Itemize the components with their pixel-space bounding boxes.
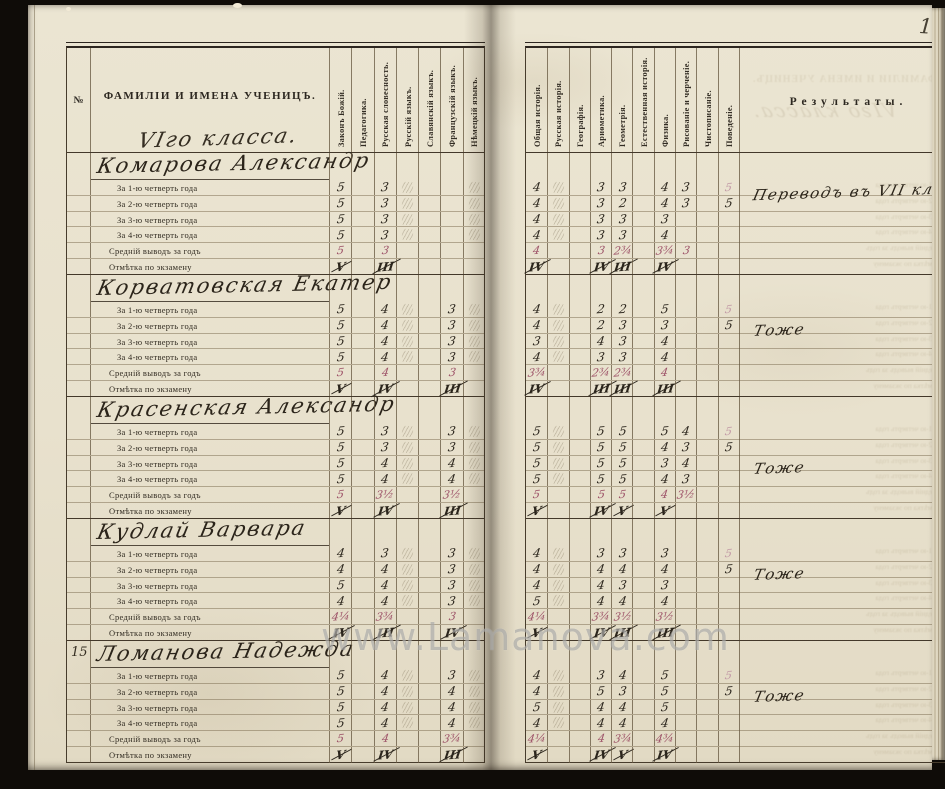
- number-cell: [67, 503, 91, 519]
- grade-cell: 3: [611, 349, 632, 364]
- grade-cell: 4: [374, 456, 396, 471]
- grade-row: За 1-ю четверть года433: [67, 546, 484, 562]
- number-cell: [67, 471, 91, 486]
- grade-cell: 3: [590, 668, 611, 683]
- grade-row: Средній выводъ за годъ543: [67, 365, 484, 381]
- grade-value: 5: [724, 181, 733, 195]
- subject-column-header: Русская словесность.: [374, 48, 396, 152]
- grade-value: 3: [380, 212, 389, 227]
- grade-cell: [463, 700, 485, 715]
- page-stack-edge: [932, 8, 945, 760]
- grade-value: 4: [532, 244, 541, 258]
- grade-cell: [718, 625, 739, 641]
- grade-cell: [463, 153, 485, 180]
- grade-value: 5: [660, 700, 669, 715]
- number-cell: [67, 259, 91, 275]
- grade-cell: [675, 334, 696, 349]
- grade-cell: 4: [329, 593, 351, 608]
- grade-cell: 3: [590, 212, 611, 227]
- subject-label: Геометрія.: [618, 105, 627, 147]
- grade-cell: [696, 503, 717, 519]
- grade-cell: 2¾: [611, 243, 632, 258]
- grade-cell: [547, 196, 568, 211]
- ink-bleed-mark: [402, 548, 414, 560]
- grade-cell: [696, 212, 717, 227]
- grade-cell: [396, 562, 418, 577]
- grade-value: 3: [447, 302, 456, 317]
- bleed-line: Средній выводъ за годъ: [866, 243, 941, 259]
- grade-cell: 4: [590, 700, 611, 715]
- grade-value: 4: [618, 700, 627, 715]
- grade-value: 5: [336, 440, 345, 455]
- grade-cell: 4: [374, 318, 396, 333]
- grade-value: 3½: [442, 487, 462, 501]
- grade-cell: 5: [329, 212, 351, 227]
- grade-value: III: [443, 503, 462, 518]
- grade-cell: [696, 365, 717, 380]
- grade-value: 3: [618, 228, 627, 243]
- grade-cell: [696, 456, 717, 471]
- grade-value: 4: [380, 350, 389, 365]
- grade-cell: [396, 275, 418, 302]
- grade-cell: 3: [440, 609, 462, 624]
- grade-value: 5: [336, 732, 345, 746]
- grade-cell: 4: [526, 562, 547, 577]
- left-page-table: №ФАМИЛІИ И ИМЕНА УЧЕНИЦЪ.VIго класса.Зак…: [66, 46, 485, 763]
- grade-cell: 3: [374, 424, 396, 439]
- grade-cell: [696, 747, 717, 763]
- grade-cell: [696, 440, 717, 455]
- grade-row: За 4-ю четверть года543: [67, 349, 484, 365]
- grade-cell: [396, 578, 418, 593]
- grade-value: III: [443, 747, 462, 762]
- grade-cell: [718, 487, 739, 502]
- grade-cell: 5: [718, 546, 739, 561]
- grade-cell: [418, 212, 440, 227]
- student-block: 4345545355544544444¼43¾4¾VIVVIVТожеЗа 1-…: [526, 640, 945, 762]
- grade-cell: [675, 365, 696, 380]
- grade-cell: [632, 397, 653, 424]
- grade-value: 5: [336, 302, 345, 317]
- grade-cell: [396, 440, 418, 455]
- grade-cell: 2: [590, 302, 611, 317]
- grade-cell: [547, 243, 568, 258]
- grade-cell: 3: [611, 318, 632, 333]
- grade-value: 4: [660, 472, 669, 487]
- grade-cell: [547, 684, 568, 699]
- grade-cell: 3: [611, 180, 632, 195]
- grade-value: 4: [660, 562, 669, 577]
- grade-value: 3: [596, 546, 605, 561]
- grade-cell: [418, 334, 440, 349]
- grade-cell: [718, 381, 739, 397]
- grade-cell: [547, 259, 568, 275]
- grade-row: Средній выводъ за годъ543¾: [67, 731, 484, 747]
- grade-cell: 3½: [440, 487, 462, 502]
- grade-cell: 5: [718, 302, 739, 317]
- grade-cell: [396, 731, 418, 746]
- grade-value: 3: [660, 578, 669, 593]
- grade-cell: [569, 349, 590, 364]
- grade-cell: [396, 153, 418, 180]
- grade-cell: [418, 259, 440, 275]
- number-cell: [67, 546, 91, 561]
- grade-cell: [696, 487, 717, 502]
- grade-cell: [696, 471, 717, 486]
- grade-value: 5: [618, 424, 627, 439]
- grade-cell: [440, 641, 462, 668]
- student-number: [67, 153, 91, 180]
- grade-value: 4: [596, 700, 605, 715]
- grade-value: 5: [336, 366, 345, 380]
- grade-cell: [351, 593, 373, 608]
- subject-label: Географія.: [576, 104, 585, 147]
- bleed-line: За 4-ю четверть года: [866, 715, 941, 731]
- grade-value: 4: [618, 562, 627, 577]
- grade-cell: 4: [654, 440, 675, 455]
- grade-cell: 5: [654, 684, 675, 699]
- grade-cell: [351, 456, 373, 471]
- ink-bleed-mark: [553, 441, 565, 453]
- grade-value: 3: [448, 610, 457, 624]
- grade-value: 5: [618, 440, 627, 455]
- number-column-header: №: [67, 48, 91, 152]
- grade-cell: 5: [718, 180, 739, 195]
- grade-cell: [696, 424, 717, 439]
- grade-cell: [418, 456, 440, 471]
- bleed-line: За 4-ю четверть года: [866, 349, 941, 365]
- grade-cell: [351, 487, 373, 502]
- subject-column-header: Поведеніе.: [718, 48, 739, 152]
- number-cell: [67, 593, 91, 608]
- grade-value: 4: [532, 578, 541, 593]
- grade-value: 3¾: [442, 731, 462, 745]
- grade-cell: 4¼: [329, 609, 351, 624]
- grade-value: 4¼: [527, 609, 547, 623]
- grade-cell: [569, 196, 590, 211]
- grade-cell: 5: [654, 302, 675, 317]
- grade-cell: [463, 684, 485, 699]
- grade-cell: 3: [675, 440, 696, 455]
- number-cell: [67, 731, 91, 746]
- grade-value: 3: [682, 244, 691, 258]
- grade-cell: 3: [440, 365, 462, 380]
- grade-cell: [675, 747, 696, 763]
- grade-cell: [351, 397, 373, 424]
- grade-cell: [396, 424, 418, 439]
- result-note: Тоже: [752, 458, 807, 478]
- grade-cell: 3: [590, 546, 611, 561]
- grade-cell: [654, 641, 675, 668]
- grade-cell: [696, 641, 717, 668]
- grade-value: 4: [532, 716, 541, 731]
- bleed-line: За 2-ю четверть года: [866, 440, 941, 456]
- grade-value: 3: [596, 196, 605, 211]
- subject-label: Ариѳметика.: [597, 95, 606, 147]
- grade-cell: [632, 625, 653, 641]
- grade-cell: [351, 440, 373, 455]
- grade-cell: [718, 578, 739, 593]
- grade-cell: [547, 424, 568, 439]
- grade-cell: III: [611, 381, 632, 397]
- grade-cell: [418, 684, 440, 699]
- ink-bleed-mark: [402, 441, 414, 453]
- grade-row: За 1-ю четверть года543: [67, 668, 484, 684]
- student-block: 4225542335343443343¾2¾2¾4IVIIIIIIIIIТоже…: [526, 274, 945, 396]
- grade-cell: V: [329, 747, 351, 763]
- grade-cell: 4: [329, 546, 351, 561]
- student-name-row: Комарова Александр: [67, 153, 484, 180]
- grade-cell: 5: [329, 471, 351, 486]
- grade-value: 2¾: [613, 365, 633, 379]
- ink-bleed-mark: [402, 717, 414, 729]
- grade-cell: 4: [526, 212, 547, 227]
- grade-value: 4: [660, 440, 669, 455]
- grade-cell: [418, 227, 440, 242]
- row-label: За 3-ю четверть года: [91, 456, 329, 471]
- row-label: За 2-ю четверть года: [91, 196, 329, 211]
- grade-cell: [351, 180, 373, 195]
- grade-cell: [418, 275, 440, 302]
- grade-cell: 4: [440, 700, 462, 715]
- grade-cell: [696, 334, 717, 349]
- grade-cell: 4: [526, 302, 547, 317]
- grade-value: 3: [380, 440, 389, 455]
- subject-column-header: Французскій языкъ.: [440, 48, 462, 152]
- grade-value: 5: [336, 228, 345, 243]
- grade-value: V: [335, 748, 346, 763]
- number-cell: [67, 381, 91, 397]
- grade-cell: 3¾: [526, 365, 547, 380]
- grade-value: 4: [660, 180, 669, 195]
- ink-bleed-mark: [402, 335, 414, 347]
- row-label: За 3-ю четверть года: [91, 212, 329, 227]
- subject-label: Законъ Божій.: [337, 89, 346, 147]
- grade-value: 5: [532, 472, 541, 487]
- grade-cell: [590, 153, 611, 180]
- grade-cell: 3: [611, 212, 632, 227]
- grade-value: 4: [596, 578, 605, 593]
- grade-cell: 5: [718, 684, 739, 699]
- student-number: [67, 397, 91, 424]
- grade-cell: 5: [329, 578, 351, 593]
- grade-cell: [547, 471, 568, 486]
- grade-value: 5: [724, 562, 733, 577]
- grade-value: 5: [336, 472, 345, 487]
- grade-row: За 3-ю четверть года543: [67, 578, 484, 594]
- student-block: Кудлай ВарвараЗа 1-ю четверть года433За …: [67, 518, 484, 640]
- grade-cell: [418, 625, 440, 641]
- grade-cell: [675, 625, 696, 641]
- number-cell: [67, 243, 91, 258]
- grade-cell: [547, 668, 568, 683]
- grade-cell: 5: [590, 456, 611, 471]
- grade-cell: 5: [329, 318, 351, 333]
- student-name-cell: Комарова Александр: [91, 153, 329, 180]
- grade-cell: [675, 302, 696, 317]
- grade-row: За 3-ю четверть года544: [67, 456, 484, 472]
- student-block: 43343543243543334334432¾3¾3IVIVIIIIVПере…: [526, 152, 945, 274]
- grade-cell: [696, 227, 717, 242]
- row-label: За 4-ю четверть года: [91, 715, 329, 730]
- grade-value: 5: [336, 212, 345, 227]
- grade-cell: [396, 715, 418, 730]
- grade-value: IV: [444, 625, 461, 640]
- grade-cell: [675, 578, 696, 593]
- grade-cell: [696, 593, 717, 608]
- grade-cell: [569, 641, 590, 668]
- grade-cell: [547, 334, 568, 349]
- grade-cell: 3: [654, 546, 675, 561]
- grade-value: 4: [381, 732, 390, 746]
- grade-cell: [418, 731, 440, 746]
- ink-bleed-mark: [553, 304, 565, 316]
- grade-value: V: [617, 504, 628, 519]
- student-number: 15: [67, 641, 91, 668]
- grade-cell: 4: [374, 365, 396, 380]
- grade-value: 5: [336, 668, 345, 683]
- grade-value: 3: [618, 546, 627, 561]
- grade-cell: 5: [718, 196, 739, 211]
- grade-cell: [463, 275, 485, 302]
- results-cell: ТожеЗа 1-ю четверть годаЗа 2-ю четверть …: [739, 641, 945, 762]
- grade-cell: V: [611, 747, 632, 763]
- grade-value: III: [443, 381, 462, 396]
- grade-value: 5: [336, 350, 345, 365]
- grade-cell: [547, 440, 568, 455]
- grade-cell: [463, 546, 485, 561]
- grade-cell: [569, 715, 590, 730]
- grade-cell: [654, 153, 675, 180]
- number-cell: [67, 227, 91, 242]
- ink-bleed-mark: [469, 229, 481, 241]
- grade-cell: [374, 153, 396, 180]
- grade-cell: [396, 302, 418, 317]
- grade-cell: [463, 593, 485, 608]
- grade-cell: [547, 212, 568, 227]
- grade-cell: IV: [590, 259, 611, 275]
- grade-cell: [351, 153, 373, 180]
- subject-label: Французскій языкъ.: [448, 65, 457, 147]
- grade-cell: [632, 440, 653, 455]
- grade-cell: [569, 487, 590, 502]
- grade-value: 4: [380, 716, 389, 731]
- grade-cell: IV: [440, 625, 462, 641]
- ink-bleed-mark: [469, 213, 481, 225]
- grade-cell: 3: [440, 440, 462, 455]
- grade-value: 4: [660, 716, 669, 731]
- ink-bleed-mark: [402, 319, 414, 331]
- grade-value: 5: [596, 440, 605, 455]
- grade-cell: 5: [329, 440, 351, 455]
- grade-cell: 4: [526, 243, 547, 258]
- grade-value: 3: [380, 196, 389, 211]
- grade-cell: [351, 747, 373, 763]
- grade-value: 4: [532, 212, 541, 227]
- grade-cell: [632, 593, 653, 608]
- grade-value: 5: [532, 488, 541, 502]
- grade-cell: [351, 196, 373, 211]
- ink-bleed-mark: [469, 457, 481, 469]
- grade-cell: [547, 487, 568, 502]
- row-label: За 2-ю четверть года: [91, 684, 329, 699]
- number-cell: [67, 440, 91, 455]
- grade-cell: [463, 365, 485, 380]
- grade-cell: [632, 487, 653, 502]
- row-label: За 3-ю четверть года: [91, 334, 329, 349]
- ink-bleed-mark: [553, 457, 565, 469]
- grade-cell: [396, 180, 418, 195]
- grade-cell: [696, 700, 717, 715]
- grade-cell: [396, 625, 418, 641]
- grade-cell: [463, 456, 485, 471]
- grade-value: 4: [618, 594, 627, 609]
- grade-cell: [547, 700, 568, 715]
- number-cell: [67, 456, 91, 471]
- grade-cell: [718, 212, 739, 227]
- grade-value: 4: [532, 668, 541, 683]
- grade-cell: [396, 487, 418, 502]
- number-cell: [67, 684, 91, 699]
- number-cell: [67, 318, 91, 333]
- grade-cell: [396, 641, 418, 668]
- ink-bleed-mark: [553, 670, 565, 682]
- grade-value: 4: [596, 334, 605, 349]
- row-label: За 4-ю четверть года: [91, 471, 329, 486]
- grade-cell: [396, 700, 418, 715]
- grade-value: 4: [660, 334, 669, 349]
- grade-cell: [569, 609, 590, 624]
- student-name-row: Кудлай Варвара: [67, 519, 484, 546]
- grade-cell: [632, 349, 653, 364]
- grade-cell: 5: [611, 471, 632, 486]
- ink-bleed-mark: [469, 670, 481, 682]
- grade-cell: 4: [654, 180, 675, 195]
- grade-cell: 4: [675, 424, 696, 439]
- grade-value: 3: [596, 228, 605, 243]
- subject-column-header: Рисованіе и черченіе.: [675, 48, 696, 152]
- grade-cell: [696, 562, 717, 577]
- grade-cell: [675, 700, 696, 715]
- grade-cell: [569, 503, 590, 519]
- bleedthrough-labels: За 1-ю четверть годаЗа 2-ю четверть года…: [866, 302, 941, 397]
- grade-cell: [569, 625, 590, 641]
- grade-cell: 5: [329, 365, 351, 380]
- grade-row: Средній выводъ за годъ4¼3¾3: [67, 609, 484, 625]
- grade-cell: [547, 641, 568, 668]
- subject-label: Поведеніе.: [725, 105, 734, 147]
- bleed-line: Средній выводъ за годъ: [866, 487, 941, 503]
- grade-cell: [718, 397, 739, 424]
- grade-cell: 3¾: [440, 731, 462, 746]
- grade-cell: [547, 593, 568, 608]
- grade-cell: [463, 440, 485, 455]
- result-note: Переводъ въ VII кл.: [751, 180, 942, 204]
- grade-value: 4: [532, 228, 541, 243]
- grade-cell: 5: [526, 593, 547, 608]
- grade-cell: 5: [590, 424, 611, 439]
- bleed-line: Средній выводъ за годъ: [866, 609, 941, 625]
- grade-value: 2: [618, 302, 627, 317]
- row-label: За 1-ю четверть года: [91, 668, 329, 683]
- grade-cell: [418, 519, 440, 546]
- grade-cell: [396, 456, 418, 471]
- grade-cell: [396, 243, 418, 258]
- grade-value: 5: [336, 684, 345, 699]
- grade-cell: [675, 593, 696, 608]
- grade-cell: [590, 519, 611, 546]
- grade-cell: [569, 471, 590, 486]
